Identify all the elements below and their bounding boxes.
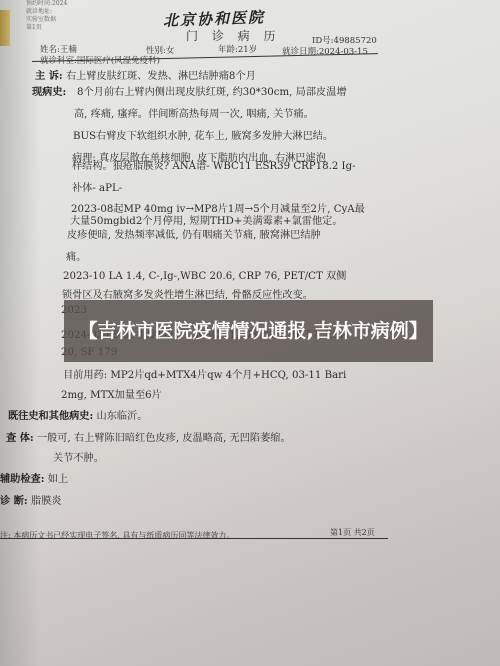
folder-tab <box>0 10 10 46</box>
hpi-label-row: 现病史: <box>32 83 66 98</box>
hpi-line: 2mg, MTX加量至6片 <box>61 386 162 401</box>
hpi-line: 锁骨区及右腋窝多发炎性增生淋巴结, 骨骼反应性改变。 <box>62 286 313 301</box>
caption-text: 【吉林市医院疫情情况通报,吉林市病例】 <box>79 320 419 343</box>
chief-complaint-label: 主 诉: <box>35 70 63 82</box>
hpi-label: 现病史: <box>32 86 66 98</box>
diagnosis-label: 诊 断: <box>0 495 28 507</box>
past-history: 既往史和其他病史: 山东临沂。 <box>8 407 147 422</box>
caption-overlay: 【吉林市医院疫情情况通报,吉林市病例】 <box>64 300 433 362</box>
hpi-line: 痛。 <box>66 248 86 263</box>
hpi-line: 高, 疼痛, 瘙痒。伴间断高热每周一次, 咽痛, 关节痛。 <box>74 105 314 120</box>
auxiliary-exam: 辅助检查: 如上 <box>0 470 68 485</box>
page-shadow <box>0 0 40 666</box>
patient-age: 年龄:21岁 <box>218 43 257 55</box>
chief-complaint-text: 右上臂皮肤红斑、发热、淋巴结肿痛8个月 <box>66 71 256 82</box>
chief-complaint: 主 诉: 右上臂皮肤红斑、发热、淋巴结肿痛8个月 <box>35 67 256 82</box>
past-history-label: 既往史和其他病史: <box>8 410 93 422</box>
footer-note: 注: 本病历文书已经实现电子签名, 具有与纸质病历同等法律效力。 <box>0 530 234 541</box>
record-type-title: 门 诊 病 历 <box>186 27 280 44</box>
hpi-line: 大量50mgbid2个月停用, 短期THD+美满霉素+氯雷他定。 <box>70 212 343 227</box>
physical-exam: 查 体: 一般可, 右上臂陈旧暗红色皮疹, 皮温略高, 无凹陷萎缩。 <box>6 429 291 444</box>
diagnosis: 诊 断: 脂膜炎 <box>0 492 62 507</box>
stub-line: 预约时间:2024 <box>26 0 67 8</box>
hpi-line: 样结构。狼疮脂膜炎? ANA谱- WBC11 ESR39 CRP18.2 Ig- <box>72 157 356 172</box>
auxiliary-exam-label: 辅助检查: <box>0 473 45 485</box>
previous-page-stub: 预约时间:2024 就诊地址: 实验室数据 第1页 <box>26 0 67 32</box>
hpi-line: 8个月前右上臂内侧出现皮肤红斑, 约30*30cm, 局部皮温增 <box>77 83 347 98</box>
hpi-line: 补体- aPL- <box>72 179 122 194</box>
physical-exam-text: 一般可, 右上臂陈旧暗红色皮疹, 皮温略高, 无凹陷萎缩。 <box>37 433 291 444</box>
page-indicator: 第1页 共2页 <box>330 527 375 538</box>
past-history-text: 山东临沂。 <box>97 411 148 422</box>
physical-exam-label: 查 体: <box>6 432 34 444</box>
stub-line: 实验室数据 <box>26 16 67 24</box>
diagnosis-text: 脂膜炎 <box>31 496 62 507</box>
hpi-line: BUS右臂皮下软组织水肿, 花车上, 腋窝多发肿大淋巴结。 <box>73 127 333 142</box>
stub-line: 就诊地址: <box>26 8 67 16</box>
hpi-line: 皮疹便暗, 发热频率减低, 仍有咽痛关节痛, 腋窝淋巴结肿 <box>67 226 321 241</box>
auxiliary-exam-text: 如上 <box>48 474 68 485</box>
hpi-line: 目前用药: MP2片qd+MTX4片qw 4个月+HCQ, 03-11 Bari <box>63 366 346 381</box>
physical-exam-text: 关节不肿。 <box>53 449 104 464</box>
stub-line: 第1页 <box>26 24 67 32</box>
hpi-line: 2023-10 LA 1.4, C-,Ig-,WBC 20.6, CRP 76,… <box>63 267 346 282</box>
